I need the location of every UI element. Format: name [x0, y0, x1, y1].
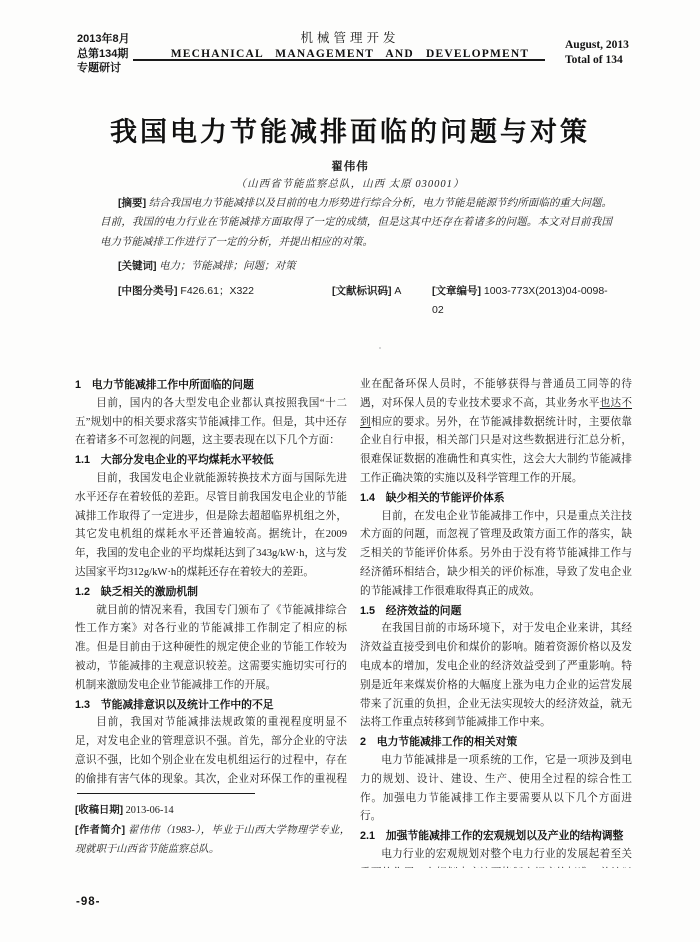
- page-number: -98-: [76, 896, 100, 908]
- section-heading-1-4: 1.4 缺少相关的节能评价体系: [360, 489, 632, 508]
- section-heading-1: 1 电力节能减排工作中所面临的问题: [75, 376, 347, 395]
- section-heading-2: 2 电力节能减排工作的相关对策: [360, 733, 632, 752]
- article-id-label: [文章编号]: [432, 285, 481, 297]
- clc-label: [中图分类号]: [118, 285, 178, 297]
- paper-page: 2013年8月 总第134期 专题研讨 机械管理开发 MECHANICAL MA…: [0, 0, 700, 942]
- section-heading-1-3: 1.3 节能减排意识以及统计工作中的不足: [75, 696, 347, 715]
- clc-item: [中图分类号] F426.61；X322: [118, 282, 254, 301]
- section-heading-1-1: 1.1 大部分发电企业的平均煤耗水平较低: [75, 451, 347, 470]
- section-heading-2-1: 2.1 加强节能减排工作的宏观规划以及产业的结构调整: [360, 827, 632, 846]
- article-meta-block: [摘要] 结合我国电力节能减排以及目前的电力形势进行综合分析，电力节能是能源节约…: [100, 194, 612, 301]
- clc-value: F426.61；X322: [180, 285, 254, 297]
- received-date-value: 2013-06-14: [126, 805, 174, 816]
- footnote-rule: [77, 793, 255, 794]
- issue-info-english-block: August, 2013 Total of 134: [565, 38, 629, 68]
- body-column-left: 1 电力节能减排工作中所面临的问题 目前，国内的各大型发电企业都认真按照我国“十…: [75, 376, 347, 790]
- issue-date-english: August, 2013: [565, 38, 629, 53]
- body-column-right: 业在配备环保人员时，不能够获得与普通员工同等的待遇，对环保人员的专业技术要求不高…: [360, 376, 632, 868]
- paragraph: 目前，我国对节能减排法规政策的重视程度明显不足，对发电企业的管理意识不强。首先，…: [75, 714, 347, 790]
- doc-code-item: [文献标识码] A: [332, 282, 401, 301]
- doc-code-value: A: [394, 285, 401, 297]
- article-id-item: [文章编号] 1003-773X(2013)04-0098-02: [432, 282, 612, 321]
- article-affiliation: （山西省节能监察总队，山西 太原 030001）: [0, 176, 700, 191]
- abstract-text: 结合我国电力节能减排以及目前的电力形势进行综合分析，电力节能是能源节约所面临的重…: [100, 198, 612, 248]
- issue-total-english: Total of 134: [565, 53, 629, 68]
- doc-code-label: [文献标识码]: [332, 285, 392, 297]
- paragraph: 目前，国内的各大型发电企业都认真按照我国“十二五”规划中的相关要求落实节能减排工…: [75, 395, 347, 451]
- section-heading-1-5: 1.5 经济效益的问题: [360, 602, 632, 621]
- paragraph: 目前，在发电企业节能减排工作中，只是重点关注技术方面的问题，而忽视了管理及政策方…: [360, 508, 632, 602]
- abstract-paragraph: [摘要] 结合我国电力节能减排以及目前的电力形势进行综合分析，电力节能是能源节约…: [100, 194, 612, 252]
- footnote-block: [收稿日期] 2013-06-14 [作者简介] 翟伟伟（1983-），毕业于山…: [75, 801, 350, 860]
- scan-speck: [379, 347, 381, 349]
- identifiers-line: [中图分类号] F426.61；X322 [文献标识码] A [文章编号] 10…: [100, 282, 612, 301]
- author-bio-label: [作者简介]: [75, 825, 125, 836]
- received-date-line: [收稿日期] 2013-06-14: [75, 801, 350, 821]
- abstract-label: [摘要]: [118, 197, 146, 209]
- article-title: 我国电力节能减排面临的问题与对策: [0, 110, 700, 149]
- paragraph: 就目前的情况来看，我国专门颁布了《节能减排综合性工作方案》对各行业的节能减排工作…: [75, 602, 347, 696]
- paragraph: 电力行业的宏观规划对整个电力行业的发展起着至关重要的作用。在规划中应该严格制定相…: [360, 846, 632, 868]
- paragraph: 目前，我国发电企业就能源转换技术方面与国际先进水平还存在着较低的差距。尽管目前我…: [75, 470, 347, 583]
- article-author: 翟伟伟: [0, 158, 700, 174]
- section-heading-1-2: 1.2 缺乏相关的激励机制: [75, 583, 347, 602]
- received-date-label: [收稿日期]: [75, 805, 123, 816]
- header-rule: [133, 59, 545, 61]
- paragraph-continuation: 业在配备环保人员时，不能够获得与普通员工同等的待遇，对环保人员的专业技术要求不高…: [360, 376, 632, 489]
- paragraph: 电力节能减排是一项系统的工作，它是一项涉及到电力的规划、设计、建设、生产、使用全…: [360, 752, 632, 827]
- keywords-label: [关键词]: [118, 260, 157, 272]
- keywords-text: 电力；节能减排；问题；对策: [159, 261, 296, 272]
- paragraph: 在我国目前的市场环境下，对于发电企业来讲，其经济效益直接受到电价和煤价的影响。随…: [360, 620, 632, 733]
- paragraph-text: 业在配备环保人员时，不能够获得与普通员工同等的待遇，对环保人员的专业技术要求不高…: [360, 379, 632, 409]
- author-bio-line: [作者简介] 翟伟伟（1983-），毕业于山西大学物理学专业，现就职于山西省节能…: [75, 821, 350, 860]
- paragraph-text: 相应的要求。另外，在节能减排数据统计时，主要依靠企业自行申报，相关部门只是对这些…: [360, 417, 632, 484]
- column-name: 专题研讨: [77, 61, 130, 76]
- keywords-line: [关键词] 电力；节能减排；问题；对策: [100, 257, 612, 276]
